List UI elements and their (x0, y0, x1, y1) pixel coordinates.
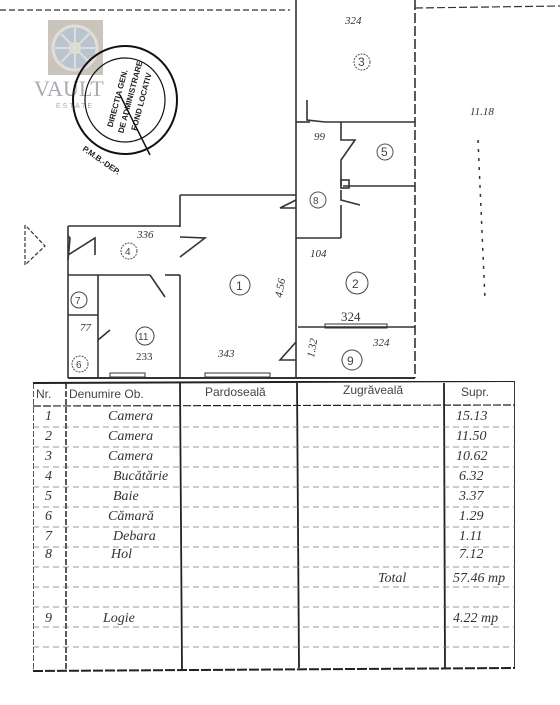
svg-text:343: 343 (217, 348, 235, 360)
room-4-marker: 4 (121, 243, 137, 259)
room-9-marker: 9 (342, 350, 362, 370)
row-nr: 2 (45, 429, 52, 445)
room-11-marker: 11 (136, 327, 154, 345)
svg-text:1.32: 1.32 (305, 337, 320, 359)
svg-text:4.56: 4.56 (273, 277, 288, 299)
table-grid (33, 381, 515, 673)
svg-text:VAULT: VAULT (34, 76, 104, 101)
rooms-table: Nr. Denumire Ob. Pardoseală Zugrăveală S… (33, 381, 515, 673)
room-2-marker: 2 (346, 272, 368, 294)
row-supr: 6.32 (459, 469, 484, 485)
header-zugraveala: Zugrăveală (343, 383, 403, 397)
svg-text:5: 5 (381, 145, 388, 159)
row-nr: 5 (45, 489, 52, 505)
svg-text:7: 7 (75, 296, 81, 307)
room-7-marker: 7 (71, 292, 87, 308)
svg-text:4: 4 (125, 247, 131, 258)
room-5-marker: 5 (377, 144, 393, 160)
room-3-marker: 3 (354, 54, 370, 70)
svg-text:324: 324 (344, 15, 362, 27)
svg-text:ESTATE: ESTATE (56, 103, 94, 110)
svg-text:99: 99 (314, 131, 326, 143)
row-denumire: Logie (103, 611, 135, 627)
row-nr: 3 (45, 449, 52, 465)
header-supr: Supr. (461, 385, 489, 399)
total-label: Total (378, 571, 406, 587)
svg-text:6: 6 (76, 360, 82, 371)
svg-text:3: 3 (358, 55, 365, 69)
header-denumire: Denumire Ob. (69, 387, 144, 401)
row-nr: 4 (45, 469, 52, 485)
svg-text:11: 11 (138, 332, 149, 343)
svg-text:324: 324 (372, 337, 390, 349)
row-supr: 4.22 mp (453, 611, 498, 627)
svg-text:11.18: 11.18 (470, 106, 494, 118)
row-denumire: Hol (111, 547, 132, 563)
row-denumire: Bucătărie (113, 469, 168, 485)
svg-text:77: 77 (80, 322, 92, 334)
row-supr: 1.29 (459, 509, 484, 525)
svg-text:9: 9 (347, 354, 354, 368)
row-supr: 7.12 (459, 547, 484, 563)
total-value: 57.46 mp (453, 571, 505, 587)
room-6-marker: 6 (72, 356, 88, 372)
row-supr: 11.50 (456, 429, 486, 445)
header-pardoseala: Pardoseală (205, 385, 266, 399)
row-denumire: Camera (108, 449, 153, 465)
row-supr: 10.62 (456, 449, 488, 465)
row-supr: 3.37 (459, 489, 484, 505)
row-nr: 1 (45, 409, 52, 425)
row-nr: 9 (45, 611, 52, 627)
svg-text:324: 324 (341, 309, 361, 324)
watermark-logo: VAULT ESTATE (34, 20, 104, 110)
row-nr: 6 (45, 509, 52, 525)
svg-text:8: 8 (313, 196, 319, 207)
header-nr: Nr. (36, 387, 51, 401)
row-denumire: Cămară (108, 509, 154, 525)
row-supr: 1.11 (459, 529, 482, 545)
row-denumire: Camera (108, 429, 153, 445)
row-denumire: Camera (108, 409, 153, 425)
room-1-marker: 1 (230, 275, 250, 295)
row-denumire: Debara (113, 529, 156, 545)
svg-text:336: 336 (136, 229, 154, 241)
svg-text:2: 2 (352, 277, 359, 291)
svg-text:1: 1 (236, 279, 243, 293)
row-supr: 15.13 (456, 409, 488, 425)
row-nr: 8 (45, 547, 52, 563)
row-nr: 7 (45, 529, 52, 545)
svg-text:104: 104 (310, 248, 327, 260)
room-8-marker: 8 (310, 192, 326, 208)
svg-text:233: 233 (136, 351, 153, 363)
row-denumire: Baie (113, 489, 139, 505)
